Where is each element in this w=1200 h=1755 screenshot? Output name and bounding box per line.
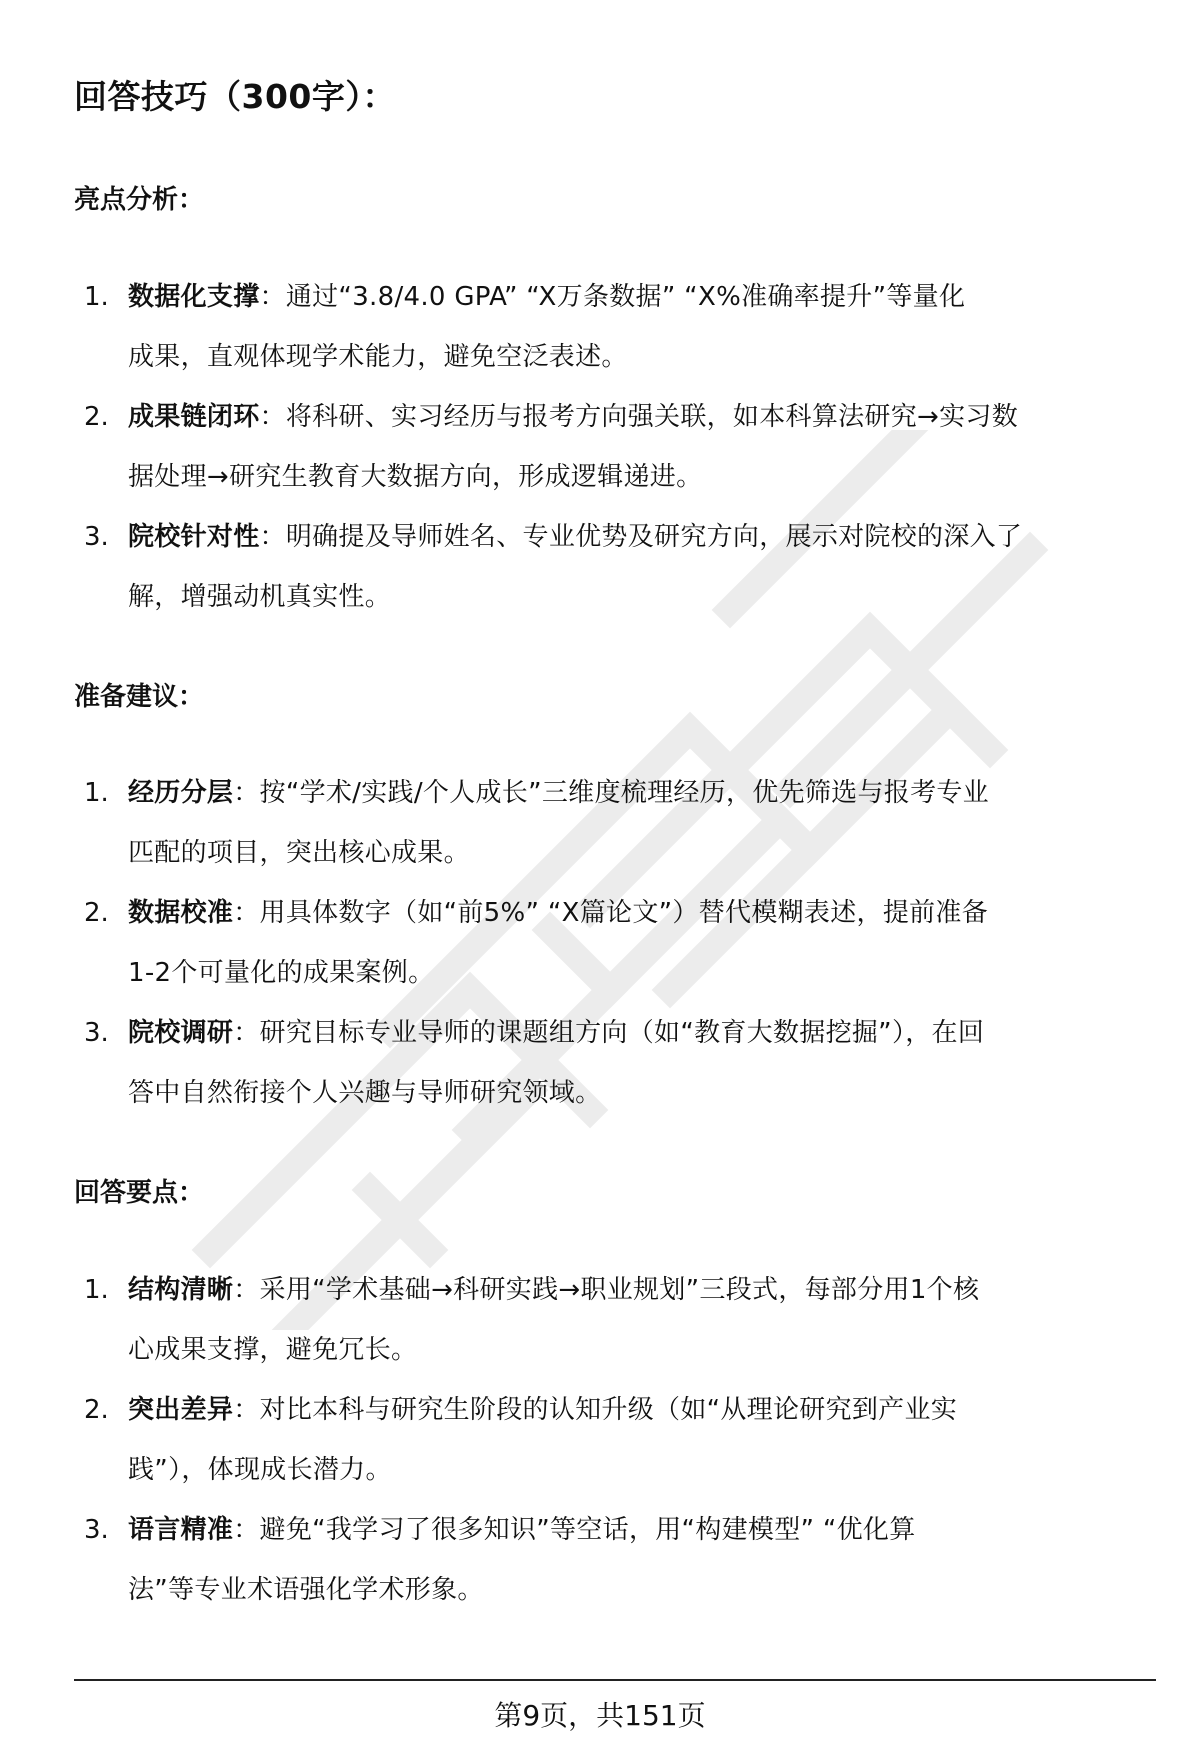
list-number: 2.	[84, 1380, 124, 1440]
item-separator: ：	[260, 522, 286, 552]
list-number: 3.	[84, 507, 124, 567]
item-separator: ：	[233, 778, 259, 808]
item-label: 成果链闭环	[128, 402, 260, 432]
list-item: 1. 结构清晰：采用“学术基础→科研实践→职业规划”三段式，每部分用1个核 心成…	[84, 1260, 1144, 1380]
list-item: 2. 数据校准：用具体数字（如“前5%” “X篇论文”）替代模糊表述，提前准备 …	[84, 883, 1144, 1003]
list-item: 3. 院校调研：研究目标专业导师的课题组方向（如“教育大数据挖掘”），在回 答中…	[84, 1003, 1144, 1123]
item-label: 经历分层	[128, 778, 233, 808]
item-text-line2: 践”），体现成长潜力。	[128, 1440, 1144, 1500]
list-number: 3.	[84, 1500, 124, 1560]
item-separator: ：	[233, 1515, 259, 1545]
item-separator: ：	[233, 1395, 259, 1425]
item-text-line1: 研究目标专业导师的课题组方向（如“教育大数据挖掘”），在回	[260, 1018, 985, 1048]
list-item: 3. 院校针对性：明确提及导师姓名、专业优势及研究方向，展示对院校的深入了 解，…	[84, 507, 1144, 627]
list-number: 1.	[84, 763, 124, 823]
item-label: 院校调研	[128, 1018, 233, 1048]
item-text-line2: 答中自然衔接个人兴趣与导师研究领域。	[128, 1063, 1144, 1123]
item-text-line2: 心成果支撑，避免冗长。	[128, 1320, 1144, 1380]
item-text-line2: 法”等专业术语强化学术形象。	[128, 1560, 1144, 1620]
item-text-line1: 将科研、实习经历与报考方向强关联，如本科算法研究→实习数	[286, 402, 1018, 432]
item-separator: ：	[233, 1018, 259, 1048]
item-label: 结构清晰	[128, 1275, 233, 1305]
item-label: 数据校准	[128, 898, 233, 928]
list-number: 3.	[84, 1003, 124, 1063]
item-text-line1: 避免“我学习了很多知识”等空话，用“构建模型” “优化算	[260, 1515, 916, 1545]
section-heading-key-points: 回答要点：	[74, 1173, 204, 1213]
item-text-line2: 解，增强动机真实性。	[128, 567, 1144, 627]
item-separator: ：	[233, 1275, 259, 1305]
list-number: 2.	[84, 387, 124, 447]
item-text-line1: 明确提及导师姓名、专业优势及研究方向，展示对院校的深入了	[286, 522, 1022, 552]
list-item: 2. 突出差异：对比本科与研究生阶段的认知升级（如“从理论研究到产业实 践”），…	[84, 1380, 1144, 1500]
section-heading-highlights: 亮点分析：	[74, 180, 204, 220]
page-title: 回答技巧（300字）：	[74, 74, 396, 120]
list-item: 1. 数据化支撑：通过“3.8/4.0 GPA” “X万条数据” “X%准确率提…	[84, 267, 1144, 387]
item-separator: ：	[233, 898, 259, 928]
list-number: 1.	[84, 1260, 124, 1320]
list-item: 1. 经历分层：按“学术/实践/个人成长”三维度梳理经历，优先筛选与报考专业 匹…	[84, 763, 1144, 883]
item-text-line2: 成果，直观体现学术能力，避免空泛表述。	[128, 327, 1144, 387]
item-label: 院校针对性	[128, 522, 260, 552]
document-page: 回答技巧（300字）： 亮点分析： 1. 数据化支撑：通过“3.8/4.0 GP…	[0, 0, 1200, 1755]
footer-divider	[74, 1679, 1156, 1681]
item-separator: ：	[260, 402, 286, 432]
item-label: 数据化支撑	[128, 282, 260, 312]
item-separator: ：	[260, 282, 286, 312]
item-text-line1: 对比本科与研究生阶段的认知升级（如“从理论研究到产业实	[260, 1395, 958, 1425]
section-heading-preparation: 准备建议：	[74, 677, 204, 717]
item-text-line1: 按“学术/实践/个人成长”三维度梳理经历，优先筛选与报考专业	[260, 778, 989, 808]
item-text-line2: 据处理→研究生教育大数据方向，形成逻辑递进。	[128, 447, 1144, 507]
item-label: 语言精准	[128, 1515, 233, 1545]
list-number: 1.	[84, 267, 124, 327]
list-item: 3. 语言精准：避免“我学习了很多知识”等空话，用“构建模型” “优化算 法”等…	[84, 1500, 1144, 1620]
item-text-line1: 用具体数字（如“前5%” “X篇论文”）替代模糊表述，提前准备	[260, 898, 989, 928]
item-label: 突出差异	[128, 1395, 233, 1425]
list-item: 2. 成果链闭环：将科研、实习经历与报考方向强关联，如本科算法研究→实习数 据处…	[84, 387, 1144, 507]
item-text-line1: 采用“学术基础→科研实践→职业规划”三段式，每部分用1个核	[260, 1275, 980, 1305]
item-text-line2: 匹配的项目，突出核心成果。	[128, 823, 1144, 883]
page-indicator: 第9页，共151页	[0, 1696, 1200, 1736]
item-text-line2: 1-2个可量化的成果案例。	[128, 943, 1144, 1003]
item-text-line1: 通过“3.8/4.0 GPA” “X万条数据” “X%准确率提升”等量化	[286, 282, 965, 312]
list-number: 2.	[84, 883, 124, 943]
